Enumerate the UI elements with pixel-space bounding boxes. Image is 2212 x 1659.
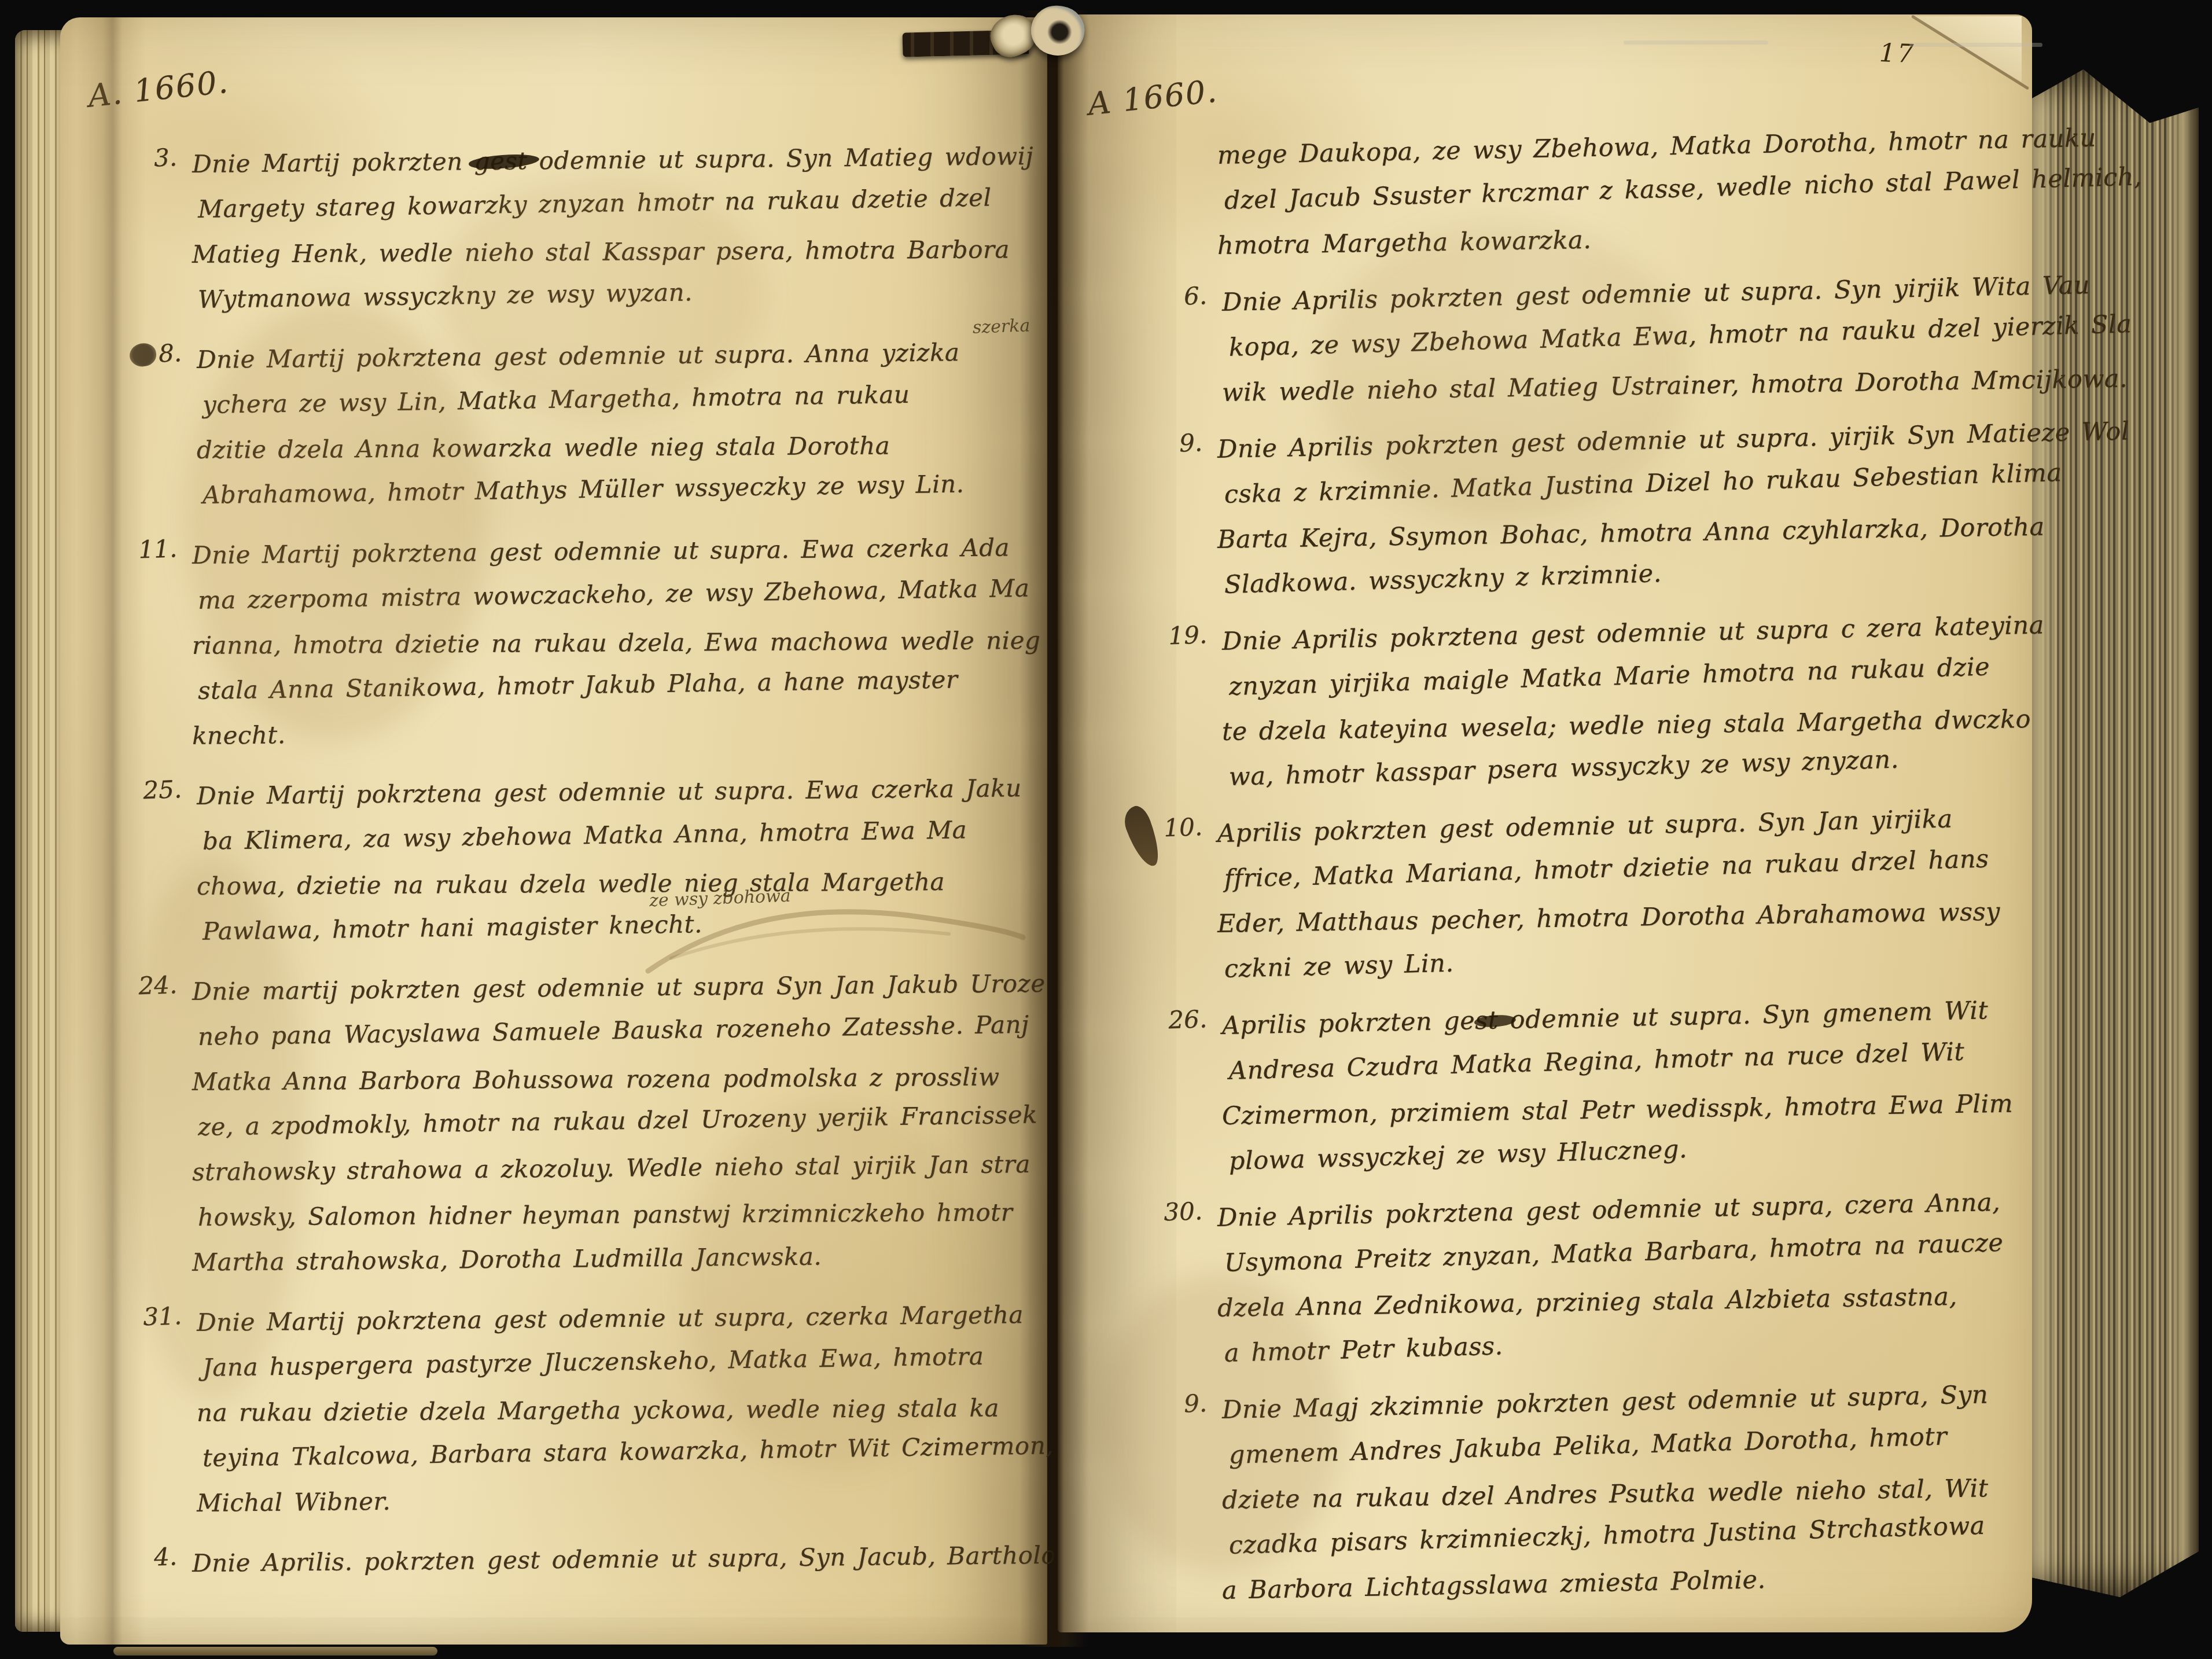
entry-lines: Dnie Aprilis pokrzten gest odemnie ut su… [1222, 280, 2016, 415]
register-entry: 8. Dnie Martij pokrztena gest odemnie ut… [197, 337, 1019, 518]
entry-day-number: 31. [116, 1301, 182, 1332]
entry-day-number: 3. [112, 143, 178, 174]
register-entry: 24. Dnie martij pokrzten gest odemnie ut… [192, 969, 1019, 1285]
right-page: A 1660. 17 mege Daukopa, ze wsy Zbehowa,… [1058, 14, 2032, 1632]
entry-day-number: 8. [116, 339, 182, 369]
right-page-text-block: mege Daukopa, ze wsy Zbehowa, Matka Doro… [1217, 133, 2016, 1625]
register-entry: 19. Dnie Aprilis pokrztena gest odemnie … [1222, 619, 2016, 800]
entry-lines: mege Daukopa, ze wsy Zbehowa, Matka Doro… [1217, 133, 2016, 268]
entry-day-number: 19. [1142, 620, 1208, 651]
year-heading-left: A. 1660. [86, 63, 230, 114]
dust-streak [1624, 41, 1768, 45]
bottom-page-edge [113, 1647, 437, 1656]
entry-lines: Aprilis pokrzten gest odemnie ut supra. … [1222, 1003, 2016, 1184]
entry-day-number: 4. [112, 1542, 178, 1573]
entry-lines: Dnie Martij pokrztena gest odemnie ut su… [197, 774, 1019, 954]
register-entry: 10. Aprilis pokrzten gest odemnie ut sup… [1217, 811, 2016, 992]
manuscript-line: howsky, Salomon hidner heyman panstwj kr… [198, 1190, 1019, 1240]
manuscript-line: strahowsky strahowa a zkozoluy. Wedle ni… [192, 1142, 1020, 1195]
right-page-entries: mege Daukopa, ze wsy Zbehowa, Matka Doro… [1217, 133, 2016, 1613]
entry-day-number: 10. [1137, 812, 1203, 843]
entry-day-number: 6. [1142, 281, 1208, 312]
interlinear-note: szerka [972, 315, 1030, 337]
entry-lines: Dnie Aprilis pokrztena gest odemnie ut s… [1217, 1195, 2016, 1376]
register-entry: 3. Dnie Martij pokrzten gest odemnie ut … [192, 142, 1019, 322]
register-entry: 26. Aprilis pokrzten gest odemnie ut sup… [1222, 1003, 2016, 1184]
register-entry: 9. Dnie Aprilis pokrzten gest odemnie ut… [1217, 427, 2016, 608]
entry-day-number: 11. [112, 534, 178, 565]
register-entry: 25. Dnie Martij pokrztena gest odemnie u… [197, 774, 1019, 954]
register-entry: 11. Dnie Martij pokrztena gest odemnie u… [192, 533, 1019, 759]
entry-lines: Dnie Martij pokrztena gest odemnie ut su… [197, 1300, 1019, 1526]
register-entry: 4. Dnie Aprilis. pokrzten gest odemnie u… [192, 1541, 1019, 1586]
entry-day-number: 30. [1137, 1197, 1203, 1227]
entry-day-number: 24. [112, 970, 178, 1001]
entry-day-number: 9. [1142, 1389, 1208, 1419]
entry-lines: Dnie martij pokrzten gest odemnie ut sup… [192, 969, 1019, 1285]
entry-lines: Dnie Aprilis pokrzten gest odemnie ut su… [1217, 427, 2016, 608]
left-page-text-block: 3. Dnie Martij pokrzten gest odemnie ut … [192, 142, 1019, 1601]
manuscript-line: Michal Wibner. [197, 1473, 1020, 1526]
manuscript-line: Martha strahowska, Dorotha Ludmilla Janc… [192, 1232, 1020, 1285]
entry-lines: Aprilis pokrzten gest odemnie ut supra. … [1217, 811, 2016, 992]
left-page-entries: 3. Dnie Martij pokrzten gest odemnie ut … [192, 142, 1019, 1586]
entry-lines: Dnie Magj zkzimnie pokrzten gest odemnie… [1222, 1388, 2016, 1613]
entry-lines: Dnie Aprilis pokrztena gest odemnie ut s… [1222, 619, 2016, 800]
register-entry: 30. Dnie Aprilis pokrztena gest odemnie … [1217, 1195, 2016, 1376]
entry-lines: Dnie Martij pokrztena gest odemnie ut su… [197, 337, 1019, 518]
register-entry: 6. Dnie Aprilis pokrzten gest odemnie ut… [1222, 280, 2016, 415]
entry-day-number [1138, 134, 1202, 137]
left-page: A. 1660. 3. Dnie Martij pokrzten gest od… [60, 17, 1047, 1645]
entry-day-number: 9. [1137, 428, 1203, 459]
manuscript-line: knecht. [192, 705, 1020, 759]
entry-lines: Dnie Martij pokrzten gest odemnie ut sup… [192, 142, 1019, 322]
year-heading-right: A 1660. [1086, 72, 1219, 122]
dust-streak [1909, 43, 2042, 47]
entry-lines: Dnie Martij pokrztena gest odemnie ut su… [192, 533, 1019, 759]
register-entry: 9. Dnie Magj zkzimnie pokrzten gest odem… [1222, 1388, 2016, 1613]
register-entry: mege Daukopa, ze wsy Zbehowa, Matka Doro… [1217, 133, 2016, 268]
entry-day-number: 26. [1142, 1005, 1208, 1035]
register-entry: 31. Dnie Martij pokrztena gest odemnie u… [197, 1300, 1019, 1526]
manuscript-line: Dnie Aprilis. pokrzten gest odemnie ut s… [192, 1533, 1020, 1586]
entry-day-number: 25. [116, 775, 182, 805]
manuscript-photograph: { "document": { "kind_label": "Handwritt… [0, 0, 2212, 1659]
entry-lines: Dnie Aprilis. pokrzten gest odemnie ut s… [192, 1541, 1019, 1586]
